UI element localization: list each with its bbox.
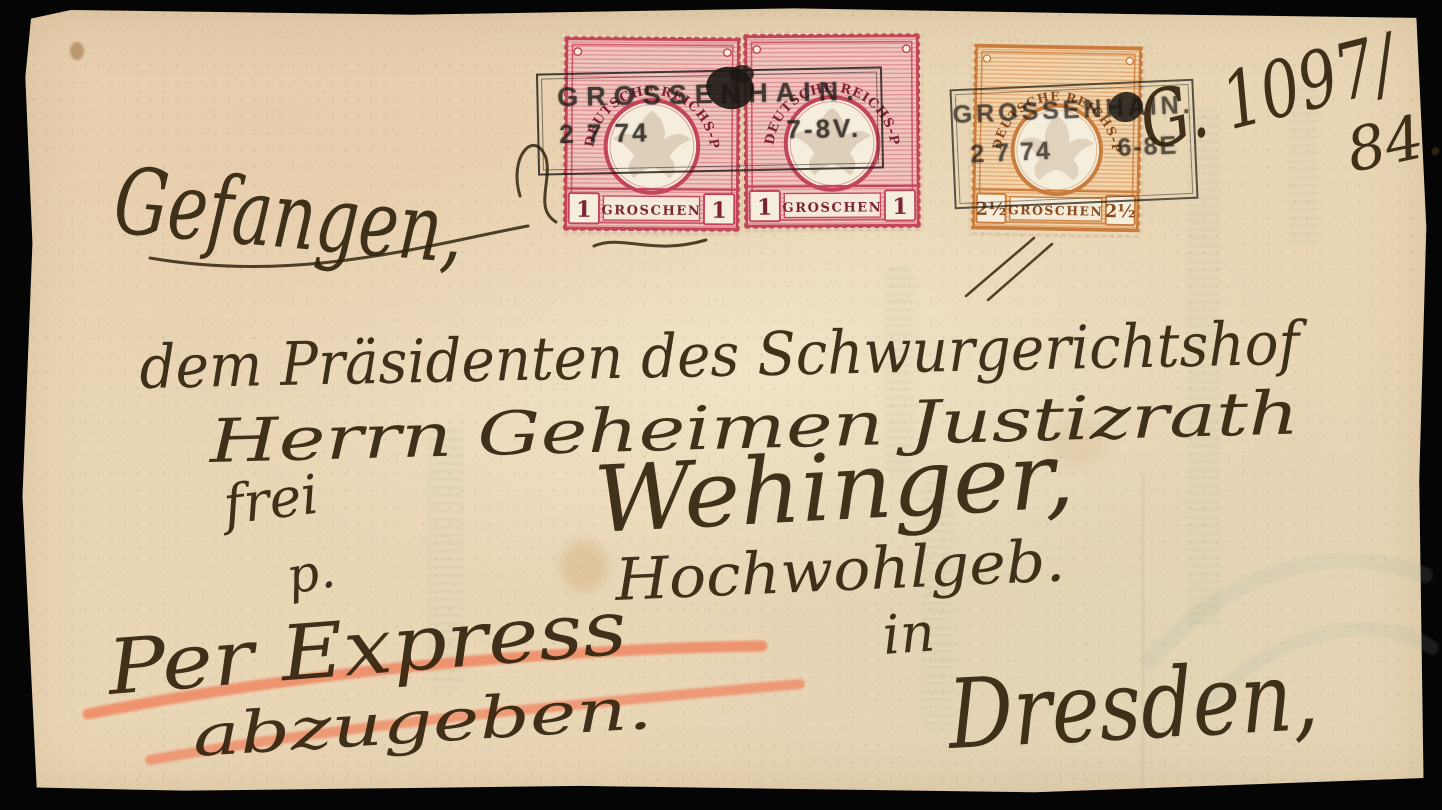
print-showthrough <box>427 430 463 688</box>
stamp-value-right: 1 <box>711 198 727 224</box>
postmark-time: 7-8V. <box>786 113 861 146</box>
corner-ornament <box>1126 57 1133 64</box>
stamp-value-right: 2½ <box>1105 201 1136 223</box>
postmark-grossenhain-right: GROSSENHAIN. 2 7 74 6-8E <box>949 79 1198 210</box>
paper-crease <box>1142 470 1144 790</box>
corner-ornament <box>903 45 911 53</box>
print-showthrough <box>884 268 914 478</box>
postmark-grossenhain-left: GROSSENHAIN. 2 7 74 7-8V. <box>536 66 884 175</box>
stamp-unit-label: GROSCHEN <box>602 203 702 219</box>
print-showthrough <box>922 482 954 732</box>
corner-ornament <box>983 55 990 62</box>
corner-ornament <box>574 48 582 56</box>
corner-ornament <box>753 46 761 54</box>
corner-ornament <box>724 49 732 57</box>
postmark-town: GROSSENHAIN. <box>952 91 1193 130</box>
postmark-time: 6-8E <box>1117 131 1179 163</box>
postmark-date: 2 7 74 <box>559 117 650 150</box>
postmark-town: GROSSENHAIN. <box>538 75 881 113</box>
stamp-value-left: 1 <box>576 197 592 223</box>
stamp-value-right: 1 <box>892 194 908 220</box>
print-showthrough <box>1288 88 1318 248</box>
postmark-date: 2 7 74 <box>970 137 1053 170</box>
stamp-value-left: 1 <box>757 195 773 221</box>
stamp-unit-label: GROSCHEN <box>782 200 882 216</box>
photo-stage: Gefangen, dem Präsidenten des Schwurgeri… <box>0 0 1442 810</box>
